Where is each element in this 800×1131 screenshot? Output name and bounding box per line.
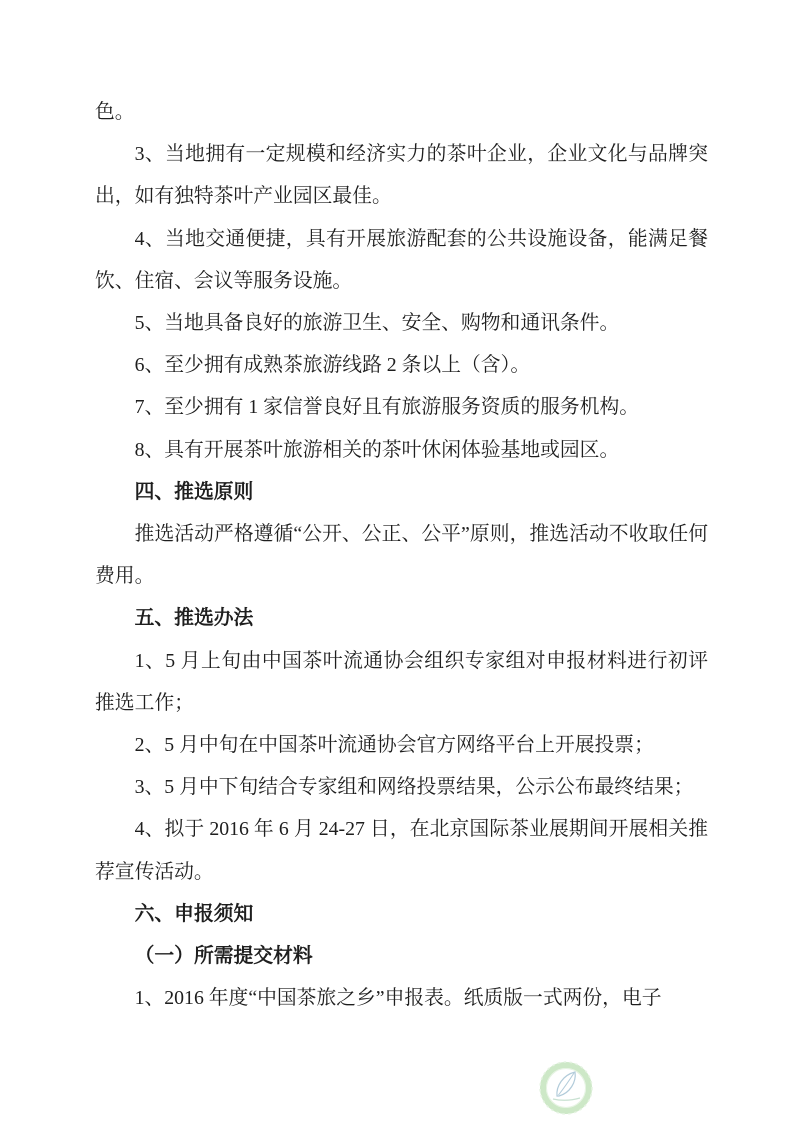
paragraph: 1、2016 年度“中国茶旅之乡”申报表。纸质版一式两份，电子	[95, 977, 708, 1019]
paragraph: 4、拟于 2016 年 6 月 24-27 日，在北京国际茶业展期间开展相关推荐…	[95, 808, 708, 892]
document-body: 色。3、当地拥有一定规模和经济实力的茶叶企业，企业文化与品牌突出，如有独特茶叶产…	[95, 91, 708, 1019]
leaf-seal-watermark	[539, 1061, 593, 1115]
paragraph: 3、5 月中下旬结合专家组和网络投票结果，公示公布最终结果；	[95, 766, 708, 808]
paragraph: 4、当地交通便捷，具有开展旅游配套的公共设施设备，能满足餐饮、住宿、会议等服务设…	[95, 218, 708, 302]
paragraph: 8、具有开展茶叶旅游相关的茶叶休闲体验基地或园区。	[95, 429, 708, 471]
paragraph: 色。	[95, 91, 708, 133]
paragraph: 2、5 月中旬在中国茶叶流通协会官方网络平台上开展投票；	[95, 724, 708, 766]
section-heading: （一）所需提交材料	[95, 935, 708, 977]
document-page: 色。3、当地拥有一定规模和经济实力的茶叶企业，企业文化与品牌突出，如有独特茶叶产…	[0, 0, 800, 1131]
leaf-seal-icon	[539, 1061, 593, 1115]
section-heading: 六、申报须知	[95, 893, 708, 935]
paragraph: 1、5 月上旬由中国茶叶流通协会组织专家组对申报材料进行初评推选工作；	[95, 640, 708, 724]
paragraph: 推选活动严格遵循“公开、公正、公平”原则，推选活动不收取任何费用。	[95, 513, 708, 597]
paragraph: 5、当地具备良好的旅游卫生、安全、购物和通讯条件。	[95, 302, 708, 344]
paragraph: 6、至少拥有成熟茶旅游线路 2 条以上（含）。	[95, 344, 708, 386]
paragraph: 7、至少拥有 1 家信誉良好且有旅游服务资质的服务机构。	[95, 386, 708, 428]
section-heading: 五、推选办法	[95, 597, 708, 639]
paragraph: 3、当地拥有一定规模和经济实力的茶叶企业，企业文化与品牌突出，如有独特茶叶产业园…	[95, 133, 708, 217]
section-heading: 四、推选原则	[95, 471, 708, 513]
